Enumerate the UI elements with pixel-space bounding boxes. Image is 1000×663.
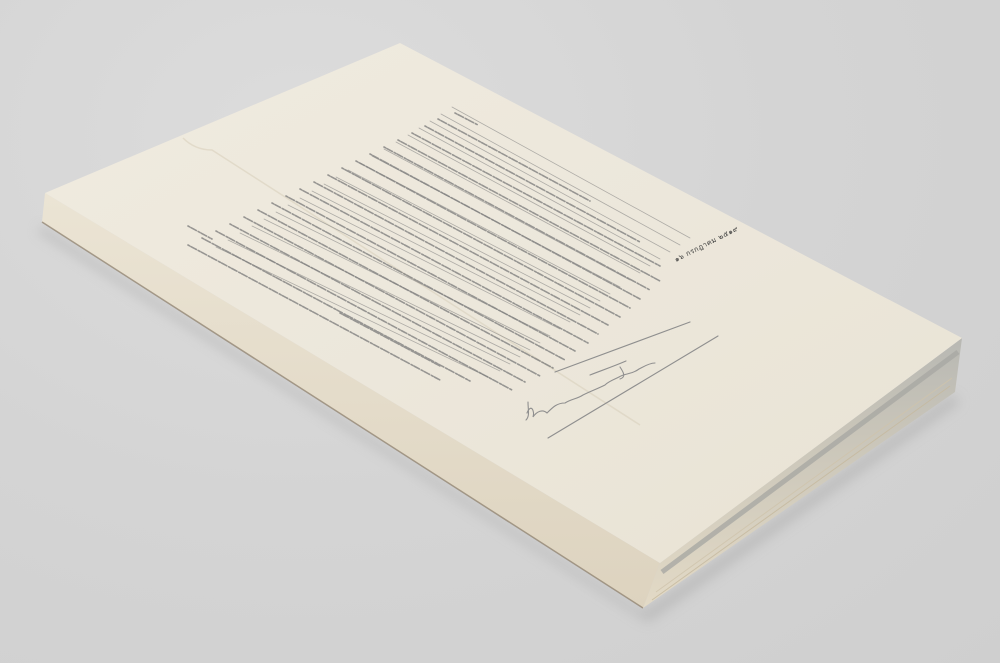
book-illustration: ๑๖ กรกฎาคม ๒๕๑๙ — [0, 0, 1000, 663]
photo-scene: Photograph of a cream-colored paperback … — [0, 0, 1000, 663]
